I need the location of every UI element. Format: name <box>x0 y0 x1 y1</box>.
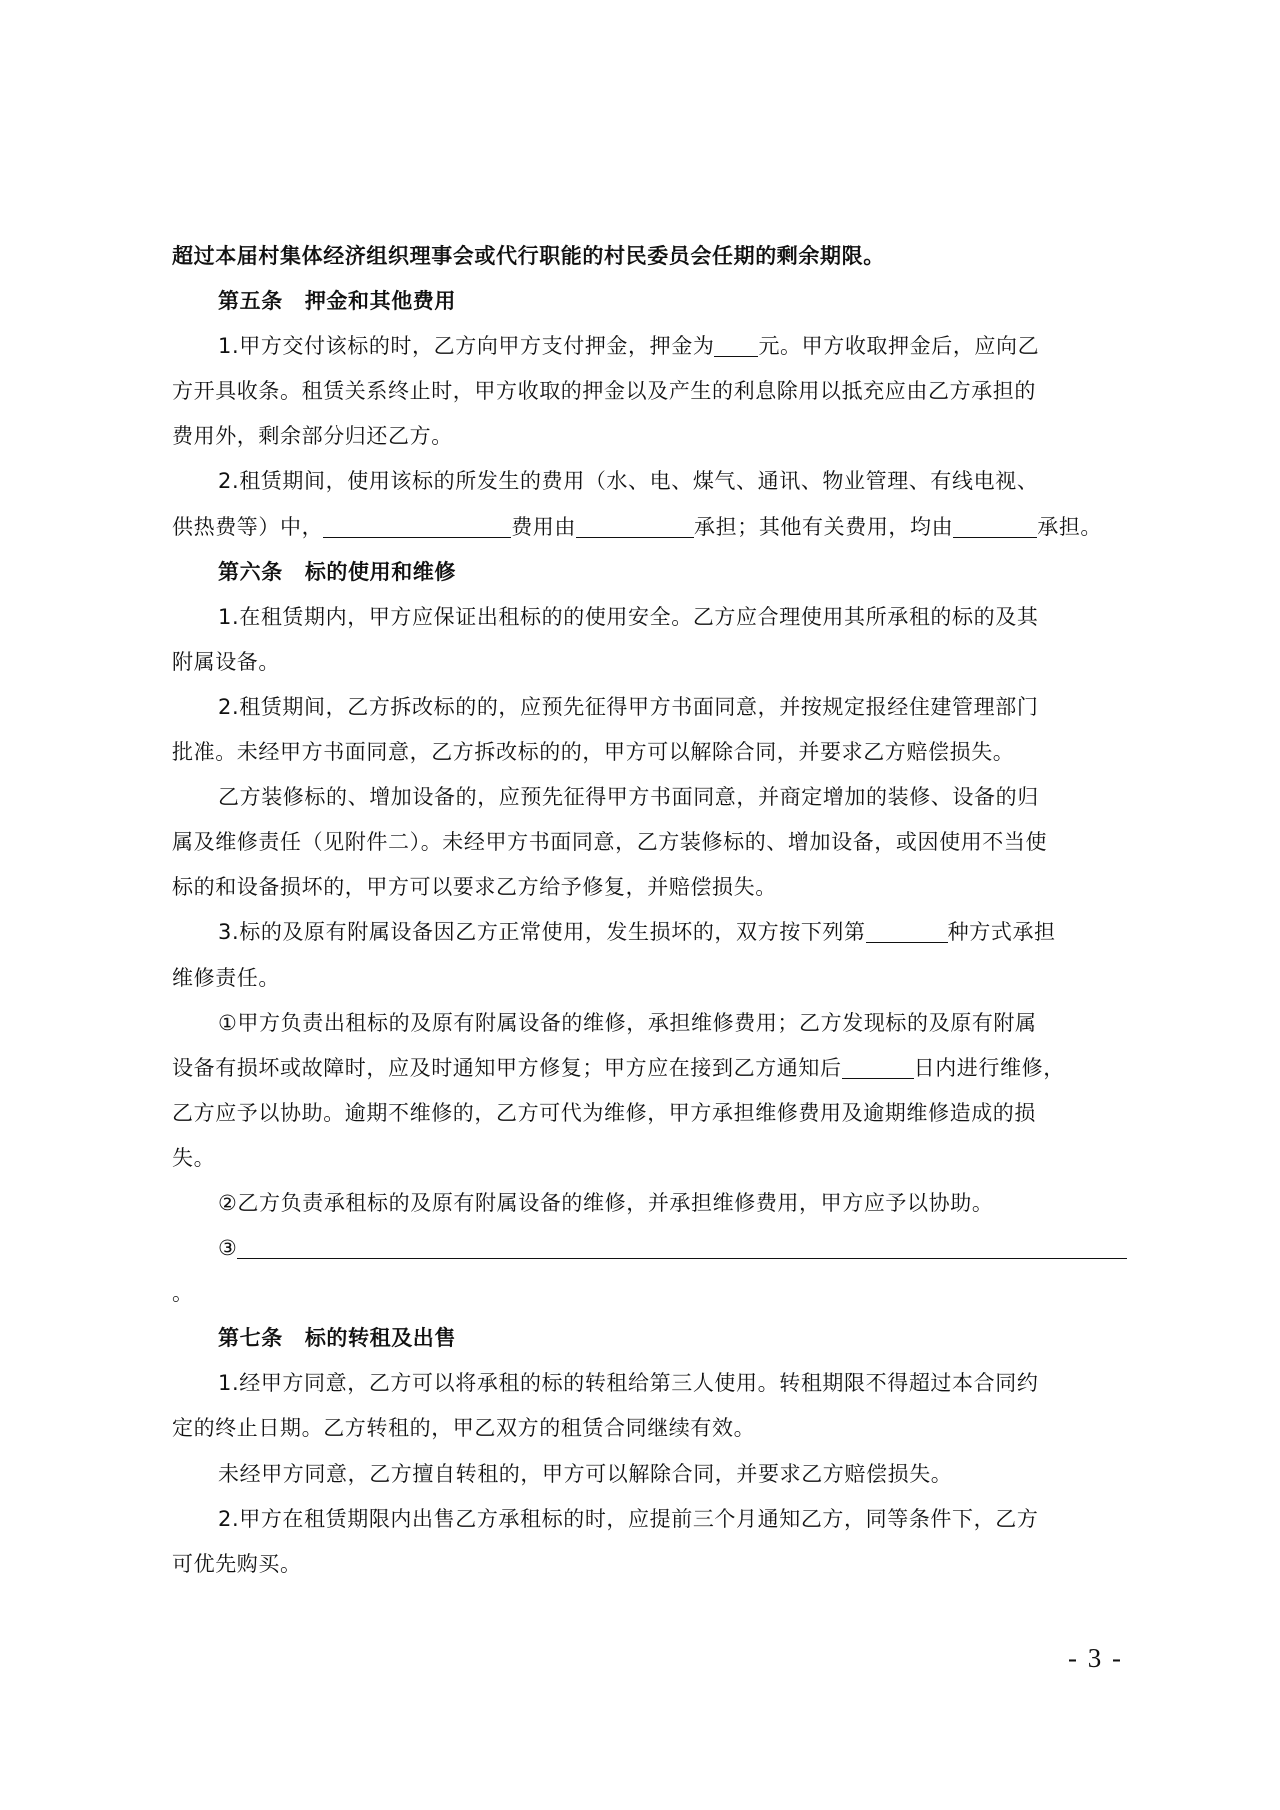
paragraph-line: 批准。未经甲方书面同意，乙方拆改标的的，甲方可以解除合同，并要求乙方赔偿损失。 <box>172 730 1136 775</box>
text: 3.标的及原有附属设备因乙方正常使用，发生损坏的，双方按下列第 <box>218 920 866 944</box>
deposit-amount-blank[interactable] <box>714 334 758 357</box>
text: 失。 <box>172 1146 215 1170</box>
text: 费用外，剩余部分归还乙方。 <box>172 424 453 448</box>
paragraph-line: 1.甲方交付该标的时，乙方向甲方支付押金，押金为元。甲方收取押金后，应向乙 <box>172 324 1136 369</box>
paragraph-line: 附属设备。 <box>172 640 1136 685</box>
paragraph-line: 超过本届村集体经济组织理事会或代行职能的村民委员会任期的剩余期限。 <box>172 234 1136 279</box>
text: 批准。未经甲方书面同意，乙方拆改标的的，甲方可以解除合同，并要求乙方赔偿损失。 <box>172 740 1014 764</box>
text: 承担。 <box>1037 515 1102 539</box>
repair-option-blank[interactable] <box>866 920 948 943</box>
text: ③ <box>218 1236 237 1260</box>
text: 维修责任。 <box>172 966 280 990</box>
document-page: 超过本届村集体经济组织理事会或代行职能的村民委员会任期的剩余期限。 第五条押金和… <box>0 0 1280 1810</box>
text: 1.在租赁期内，甲方应保证出租标的的使用安全。乙方应合理使用其所承租的标的及其 <box>218 605 1038 629</box>
paragraph-line: ③ <box>172 1226 1136 1271</box>
text: 标的和设备损坏的，甲方可以要求乙方给予修复，并赔偿损失。 <box>172 875 777 899</box>
paragraph-line: 供热费等）中，费用由承担；其他有关费用，均由承担。 <box>172 505 1136 550</box>
text: ①甲方负责出租标的及原有附属设备的维修，承担维修费用；乙方发现标的及原有附属 <box>218 1011 1037 1035</box>
text: 元。甲方收取押金后，应向乙 <box>758 334 1039 358</box>
article-6-heading: 第六条标的使用和维修 <box>172 550 1136 595</box>
paragraph-line: 3.标的及原有附属设备因乙方正常使用，发生损坏的，双方按下列第种方式承担 <box>172 910 1136 955</box>
text: 1.甲方交付该标的时，乙方向甲方支付押金，押金为 <box>218 334 714 358</box>
paragraph-line: 标的和设备损坏的，甲方可以要求乙方给予修复，并赔偿损失。 <box>172 865 1136 910</box>
text: 种方式承担 <box>948 920 1056 944</box>
text: 2.租赁期间，乙方拆改标的的，应预先征得甲方书面同意，并按规定报经住建管理部门 <box>218 695 1038 719</box>
paragraph-line: ①甲方负责出租标的及原有附属设备的维修，承担维修费用；乙方发现标的及原有附属 <box>172 1001 1136 1046</box>
text: 2.租赁期间，使用该标的所发生的费用（水、电、煤气、通讯、物业管理、有线电视、 <box>218 469 1038 493</box>
article-title: 押金和其他费用 <box>305 289 456 313</box>
paragraph-line: 可优先购买。 <box>172 1542 1136 1587</box>
text: 乙方应予以协助。逾期不维修的，乙方可代为维修，甲方承担维修费用及逾期维修造成的损 <box>172 1101 1036 1125</box>
paragraph-line: 定的终止日期。乙方转租的，甲乙双方的租赁合同继续有效。 <box>172 1406 1136 1451</box>
text: 定的终止日期。乙方转租的，甲乙双方的租赁合同继续有效。 <box>172 1416 755 1440</box>
text: 未经甲方同意，乙方擅自转租的，甲方可以解除合同，并要求乙方赔偿损失。 <box>218 1462 952 1486</box>
paragraph-line: 2.甲方在租赁期限内出售乙方承租标的时，应提前三个月通知乙方，同等条件下，乙方 <box>172 1497 1136 1542</box>
article-5-heading: 第五条押金和其他费用 <box>172 279 1136 324</box>
paragraph-line: 费用外，剩余部分归还乙方。 <box>172 414 1136 459</box>
text: 可优先购买。 <box>172 1552 302 1576</box>
paragraph-line: 属及维修责任（见附件二）。未经甲方书面同意，乙方装修标的、增加设备，或因使用不当… <box>172 820 1136 865</box>
article-number: 第六条 <box>218 560 283 584</box>
text: 附属设备。 <box>172 650 280 674</box>
paragraph-line: 方开具收条。租赁关系终止时，甲方收取的押金以及产生的利息除用以抵充应由乙方承担的 <box>172 369 1136 414</box>
paragraph-line: 设备有损坏或故障时，应及时通知甲方修复；甲方应在接到乙方通知后日内进行维修， <box>172 1046 1136 1091</box>
text: 2.甲方在租赁期限内出售乙方承租标的时，应提前三个月通知乙方，同等条件下，乙方 <box>218 1507 1038 1531</box>
text: 超过本届村集体经济组织理事会或代行职能的村民委员会任期的剩余期限。 <box>172 244 885 268</box>
text: 乙方装修标的、增加设备的，应预先征得甲方书面同意，并商定增加的装修、设备的归 <box>218 785 1039 809</box>
paragraph-line: 失。 <box>172 1136 1136 1181</box>
paragraph-line: 维修责任。 <box>172 956 1136 1001</box>
article-7-heading: 第七条标的转租及出售 <box>172 1316 1136 1361</box>
other-fee-bearer-blank[interactable] <box>953 515 1037 538</box>
paragraph-line: 2.租赁期间，乙方拆改标的的，应预先征得甲方书面同意，并按规定报经住建管理部门 <box>172 685 1136 730</box>
text: 承担；其他有关费用，均由 <box>694 515 953 539</box>
paragraph-line: ②乙方负责承租标的及原有附属设备的维修，并承担维修费用，甲方应予以协助。 <box>172 1181 1136 1226</box>
repair-days-blank[interactable] <box>842 1056 914 1079</box>
page-number: - 3 - <box>1068 1643 1123 1674</box>
paragraph-line: 未经甲方同意，乙方擅自转租的，甲方可以解除合同，并要求乙方赔偿损失。 <box>172 1452 1136 1497</box>
article-title: 标的转租及出售 <box>305 1326 456 1350</box>
article-number: 第五条 <box>218 289 283 313</box>
text: 方开具收条。租赁关系终止时，甲方收取的押金以及产生的利息除用以抵充应由乙方承担的 <box>172 379 1036 403</box>
text: 日内进行维修， <box>914 1056 1065 1080</box>
fee-bearer-blank[interactable] <box>576 515 694 538</box>
paragraph-line: 1.在租赁期内，甲方应保证出租标的的使用安全。乙方应合理使用其所承租的标的及其 <box>172 595 1136 640</box>
fee-type-blank[interactable] <box>323 515 511 538</box>
article-title: 标的使用和维修 <box>305 560 456 584</box>
text: 属及维修责任（见附件二）。未经甲方书面同意，乙方装修标的、增加设备，或因使用不当… <box>172 830 1047 854</box>
text: 1.经甲方同意，乙方可以将承租的标的转租给第三人使用。转租期限不得超过本合同约 <box>218 1371 1038 1395</box>
paragraph-line: 1.经甲方同意，乙方可以将承租的标的转租给第三人使用。转租期限不得超过本合同约 <box>172 1361 1136 1406</box>
article-number: 第七条 <box>218 1326 283 1350</box>
text: ②乙方负责承租标的及原有附属设备的维修，并承担维修费用，甲方应予以协助。 <box>218 1191 993 1215</box>
paragraph-line: 乙方装修标的、增加设备的，应预先征得甲方书面同意，并商定增加的装修、设备的归 <box>172 775 1136 820</box>
text: 费用由 <box>511 515 576 539</box>
document-body: 超过本届村集体经济组织理事会或代行职能的村民委员会任期的剩余期限。 第五条押金和… <box>172 234 1136 1587</box>
paragraph-line: 乙方应予以协助。逾期不维修的，乙方可代为维修，甲方承担维修费用及逾期维修造成的损 <box>172 1091 1136 1136</box>
paragraph-line: 2.租赁期间，使用该标的所发生的费用（水、电、煤气、通讯、物业管理、有线电视、 <box>172 459 1136 504</box>
text: 设备有损坏或故障时，应及时通知甲方修复；甲方应在接到乙方通知后 <box>172 1056 842 1080</box>
paragraph-line: 。 <box>172 1271 1136 1316</box>
text: 。 <box>172 1281 194 1305</box>
option-3-blank[interactable] <box>237 1236 1127 1259</box>
text: 供热费等）中， <box>172 515 323 539</box>
